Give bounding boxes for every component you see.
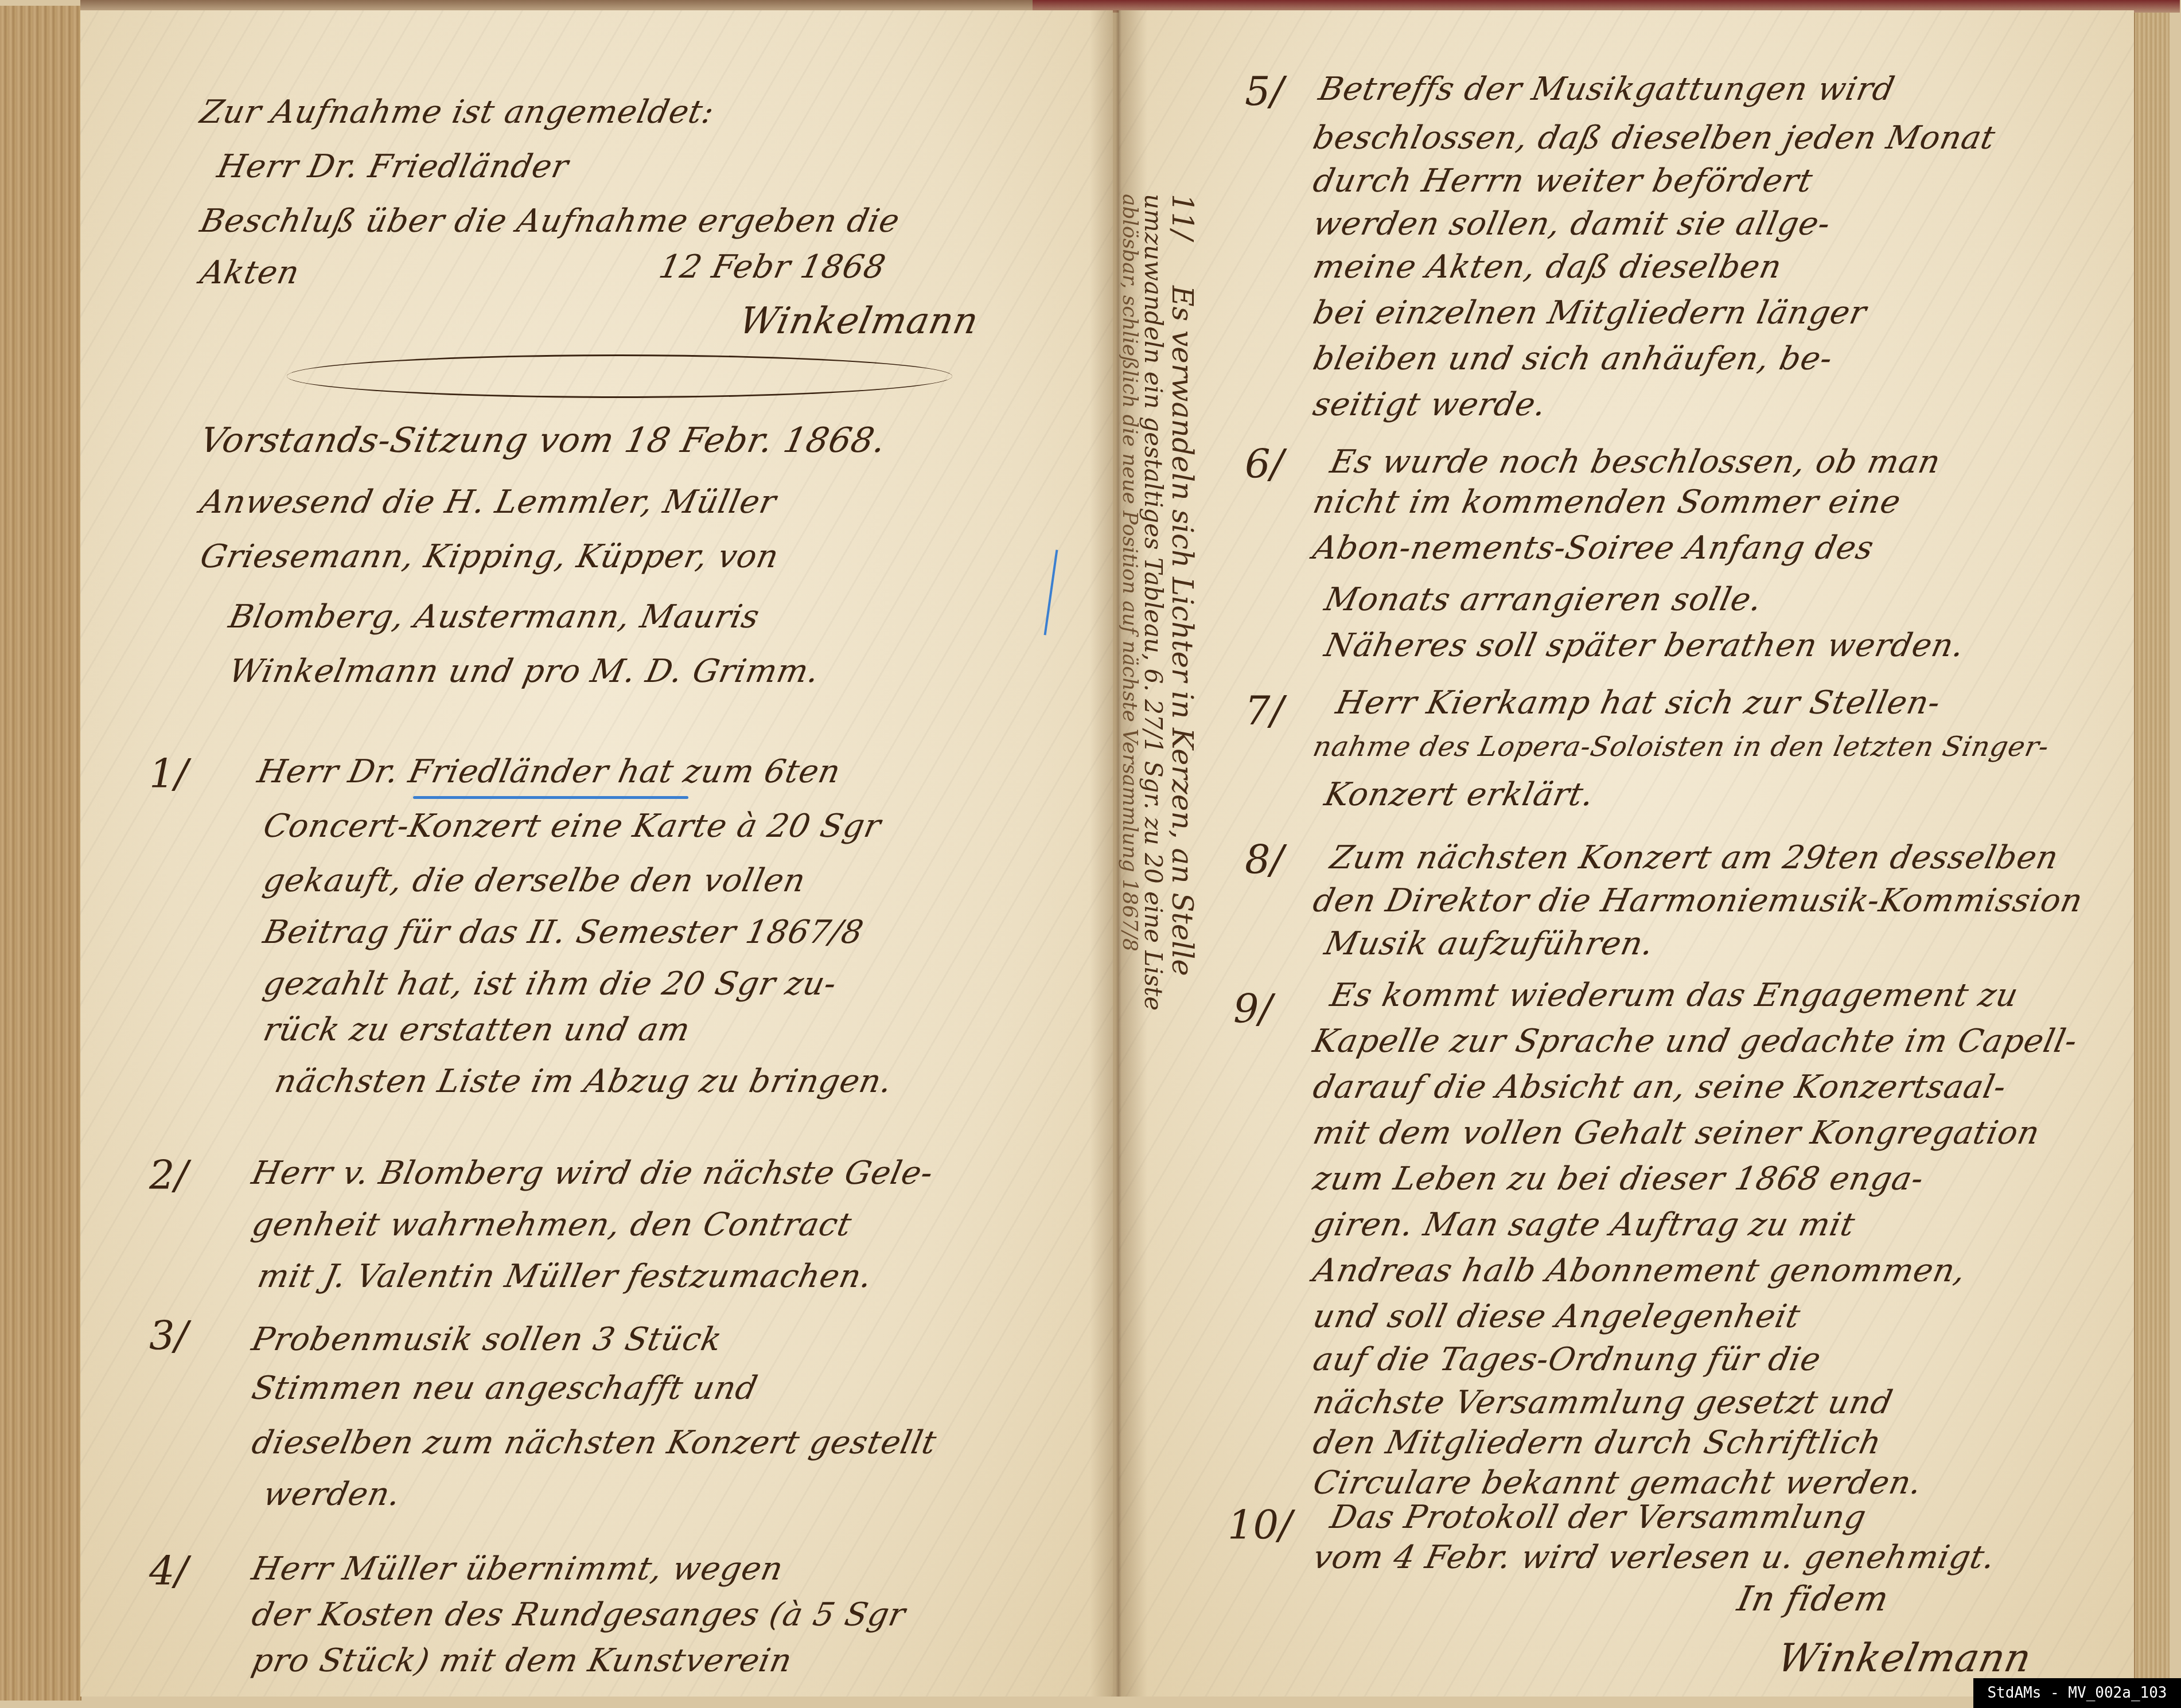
item-line: Betreffs der Musikgattungen wird [1316, 73, 1898, 106]
header-note-line: Zur Aufnahme ist angemeldet: [197, 96, 717, 128]
item-line: den Direktor die Harmoniemusik-Kommissio… [1310, 885, 2086, 917]
header-note-line: Akten [197, 257, 302, 289]
item-line: Abon-nements-Soiree Anfang des [1310, 532, 1876, 564]
item-line: Herr Müller übernimmt, wegen [249, 1553, 786, 1585]
item-line: Stimmen neu angeschafft und [249, 1372, 761, 1405]
item-line: darauf die Absicht an, seine Konzertsaal… [1310, 1071, 2009, 1103]
item-line: Herr v. Blomberg wird die nächste Gele- [249, 1157, 936, 1190]
attendees-line: Winkelmann und pro M. D. Grimm. [226, 656, 823, 688]
item-line: nahme des Lopera-Soloisten in den letzte… [1311, 733, 2052, 761]
item-number: 3/ [149, 1312, 188, 1359]
item-line: Beitrag für das II. Semester 1867/8 [260, 917, 866, 949]
item-number: 8/ [1245, 836, 1284, 883]
margin-note-line: ablösbar, schließlich die neue Position … [1119, 194, 1142, 952]
attendees-line: Griesemann, Kipping, Küpper, von [197, 541, 782, 573]
closing-phrase: In fidem [1735, 1582, 1892, 1616]
item-line: Kapelle zur Sprache und gedachte im Cape… [1310, 1025, 2080, 1058]
item-number: 2/ [149, 1152, 188, 1199]
item-line: durch Herrn weiter befördert [1310, 165, 1816, 197]
item-number: 5/ [1245, 68, 1284, 115]
item-line: werden sollen, damit sie allge- [1310, 208, 1833, 240]
item-line: meine Akten, daß dieselben [1310, 251, 1785, 283]
item-line: Näheres soll später berathen werden. [1322, 630, 1968, 662]
item-line: gezahlt hat, ist ihm die 20 Sgr zu- [260, 968, 839, 1000]
header-note-date: 12 Febr 1868 [656, 251, 889, 283]
item-line: und soll diese Angelegenheit [1310, 1301, 1804, 1333]
item-line: Circulare bekannt gemacht werden. [1310, 1467, 1925, 1499]
attendees-line: Blomberg, Austermann, Mauris [226, 601, 762, 633]
session-heading: Vorstands-Sitzung vom 18 Febr. 1868. [197, 423, 890, 458]
blue-pencil-mark [1044, 549, 1058, 635]
item-line: Musik aufzuführen. [1322, 928, 1657, 960]
item-line: vom 4 Febr. wird verlesen u. genehmigt. [1310, 1542, 1998, 1574]
margin-note-line: umzuwandeln ein gestaltiges Tableau, 6. … [1139, 194, 1167, 1011]
item-line: Es kommt wiederum das Engagement zu [1327, 980, 2021, 1012]
item-line: bleiben und sich anhäufen, be- [1310, 343, 1836, 375]
item-line: Das Protokoll der Versammlung [1327, 1502, 1869, 1534]
item-line: Konzert erklärt. [1322, 779, 1597, 811]
item-number: 10/ [1228, 1502, 1292, 1549]
left-page-stack-edge [0, 6, 81, 1701]
item-line: den Mitgliedern durch Schriftlich [1310, 1427, 1884, 1459]
item-line: seitigt werde. [1310, 389, 1549, 421]
header-note-line: Beschluß über die Aufnahme ergeben die [197, 205, 902, 237]
separator-flourish [287, 354, 952, 398]
margin-note-line: Es verwandeln sich Lichter in Kerzen, an… [1166, 286, 1199, 976]
item-line: Concert-Konzert eine Karte à 20 Sgr [260, 810, 884, 843]
item-line: werden. [260, 1479, 404, 1511]
item-line: mit dem vollen Gehalt seiner Kongregatio… [1310, 1117, 2043, 1149]
open-ledger-book: Zur Aufnahme ist angemeldet: Herr Dr. Fr… [0, 0, 2181, 1708]
item-line: zum Leben zu bei dieser 1868 enga- [1310, 1163, 1927, 1195]
item-line: bei einzelnen Mitgliedern länger [1310, 297, 1870, 329]
item-number: 9/ [1233, 985, 1272, 1032]
item-line: nächste Versammlung gesetzt und [1310, 1387, 1895, 1419]
item-line: Herr Dr. Friedländer hat zum 6ten [255, 756, 843, 788]
item-line: rück zu erstatten und am [260, 1014, 693, 1046]
item-line: giren. Man sagte Auftrag zu mit [1310, 1209, 1858, 1241]
item-line: auf die Tages-Ordnung für die [1310, 1344, 1824, 1376]
archive-caption: StdAMs - MV_002a_103 [1973, 1678, 2181, 1708]
left-page: Zur Aufnahme ist angemeldet: Herr Dr. Fr… [80, 10, 1113, 1697]
item-number: 7/ [1245, 687, 1284, 734]
blue-underline-mark [413, 796, 688, 799]
item-line: dieselben zum nächsten Konzert gestellt [249, 1427, 940, 1459]
item-line: Probenmusik sollen 3 Stück [249, 1324, 725, 1356]
item-line: mit J. Valentin Müller festzumachen. [255, 1261, 875, 1293]
item-line: Monats arrangieren solle. [1322, 584, 1765, 616]
item-line: Andreas halb Abonnement genommen, [1310, 1255, 1969, 1287]
item-line: Es wurde noch beschlossen, ob man [1327, 446, 1944, 478]
signature: Winkelmann [1774, 1639, 2035, 1678]
item-number: 1/ [149, 750, 188, 797]
margin-note-number: 11/ [1166, 194, 1199, 240]
right-page-stack-edge [2134, 6, 2170, 1692]
item-line: genheit wahrnehmen, den Contract [249, 1209, 855, 1241]
item-number: 6/ [1245, 440, 1284, 488]
item-line: Herr Kierkamp hat sich zur Stellen- [1333, 687, 1944, 719]
item-line: Zum nächsten Konzert am 29ten desselben [1327, 842, 2061, 874]
attendees-line: Anwesend die H. Lemmler, Müller [197, 486, 779, 518]
item-line: nächsten Liste im Abzug zu bringen. [272, 1066, 895, 1098]
item-number: 4/ [149, 1547, 188, 1594]
item-line: beschlossen, daß dieselben jeden Monat [1310, 122, 1998, 154]
header-note-line: Herr Dr. Friedländer [215, 151, 571, 183]
item-line: der Kosten des Rundgesanges (à 5 Sgr [249, 1599, 909, 1631]
right-page: 11/ Es verwandeln sich Lichter in Kerzen… [1119, 10, 2134, 1697]
header-note-signature: Winkelmann [736, 303, 982, 340]
item-line: nicht im kommenden Sommer eine [1310, 486, 1904, 518]
item-line: gekauft, die derselbe den vollen [260, 865, 808, 897]
item-line: pro Stück) mit dem Kunstverein [249, 1645, 795, 1677]
